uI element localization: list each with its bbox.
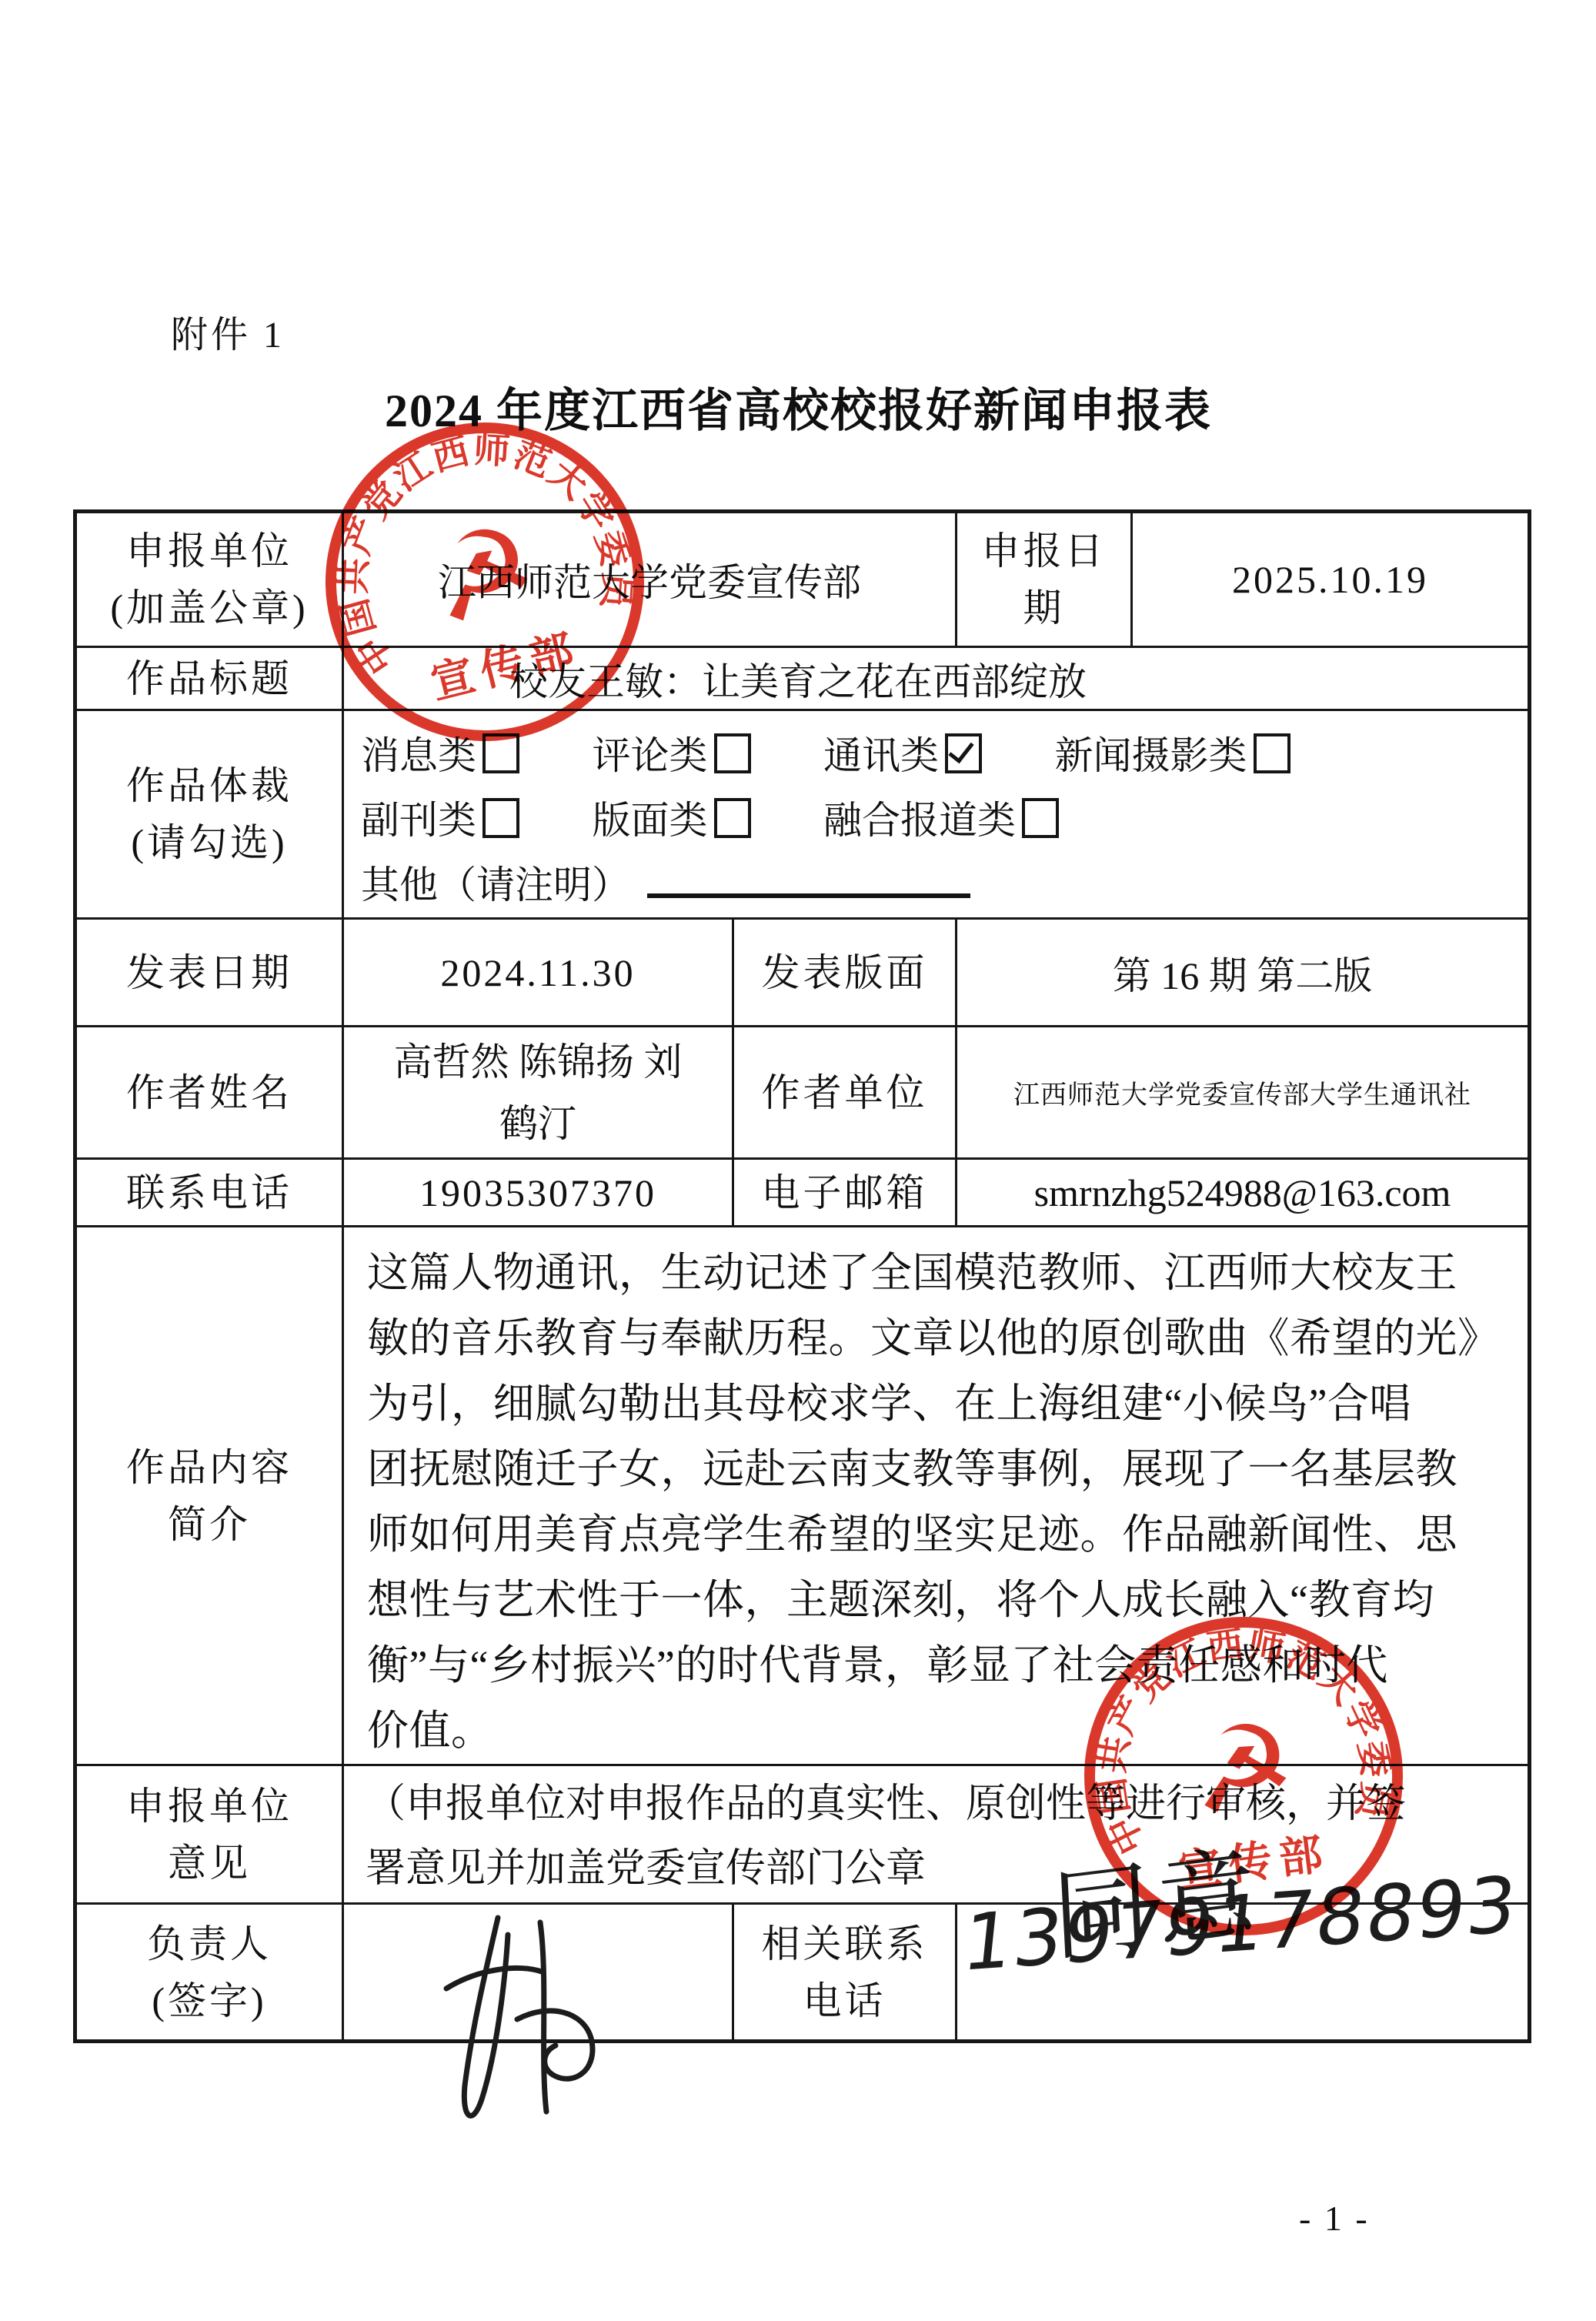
phone-label: 联系电话 <box>75 1159 343 1227</box>
author-name-value: 高哲然 陈锦扬 刘 鹤汀 <box>343 1027 733 1159</box>
genre-other-label: 其他（请注明） <box>361 863 630 907</box>
genre-options-line2: 副刊类 版面类 融合报道类 <box>361 788 1528 853</box>
checkbox-checked-icon <box>945 733 982 773</box>
genre-option: 新闻摄影类 <box>1055 734 1290 777</box>
related-phone-label: 相关联系 电话 <box>733 1904 957 2042</box>
row-publish-date: 发表日期 2024.11.30 发表版面 第 16 期 第二版 <box>75 919 1530 1027</box>
publish-page-label: 发表版面 <box>733 919 957 1027</box>
publish-page-value: 第 16 期 第二版 <box>957 919 1530 1027</box>
genre-option: 版面类 <box>593 799 751 842</box>
row-contact: 联系电话 19035307370 电子邮箱 smrnzhg524988@163.… <box>75 1159 1530 1227</box>
row-genre: 作品体裁 (请勾选) 消息类 评论类 通讯类 新闻摄影类 副刊类 版面类 融合报… <box>75 710 1530 919</box>
genre-label: 作品体裁 (请勾选) <box>75 710 343 919</box>
publish-date-value: 2024.11.30 <box>343 919 733 1027</box>
handwritten-signature <box>425 1895 656 2141</box>
row-work-title: 作品标题 校友王敏：让美育之花在西部绽放 <box>75 647 1530 710</box>
attachment-label: 附件 1 <box>171 305 285 358</box>
genre-other: 其他（请注明） <box>361 853 1528 917</box>
author-unit-label: 作者单位 <box>733 1027 957 1159</box>
checkbox-icon <box>714 733 751 773</box>
publish-date-label: 发表日期 <box>75 919 343 1027</box>
genre-option: 副刊类 <box>361 799 519 842</box>
genre-option: 通讯类 <box>823 734 982 777</box>
row-author: 作者姓名 高哲然 陈锦扬 刘 鹤汀 作者单位 江西师范大学党委宣传部大学生通讯社 <box>75 1027 1530 1159</box>
page-number: - 1 - <box>1299 2198 1370 2239</box>
official-seal-bottom: 中国共产党江西师范大学委员会 ☭ 宣传部 <box>1055 1588 1432 1965</box>
genre-other-blank-line <box>647 886 970 898</box>
email-label: 电子邮箱 <box>733 1159 957 1227</box>
hammer-sickle-icon: ☭ <box>1184 1697 1303 1842</box>
row-declare-unit: 申报单位 (加盖公章) 江西师范大学党委宣传部 申报日 期 2025.10.19 <box>75 512 1530 647</box>
email-value: smrnzhg524988@163.com <box>957 1159 1530 1227</box>
opinion-label: 申报单位 意见 <box>75 1765 343 1904</box>
genre-option: 融合报道类 <box>823 799 1059 842</box>
intro-label: 作品内容 简介 <box>75 1227 343 1765</box>
checkbox-icon <box>1254 733 1290 773</box>
scanned-application-form-page: { "page": { "attachment_label": "附件 1", … <box>0 0 1596 2321</box>
checkbox-icon <box>482 798 519 838</box>
author-unit-value: 江西师范大学党委宣传部大学生通讯社 <box>957 1027 1530 1159</box>
phone-value: 19035307370 <box>343 1159 733 1227</box>
hammer-sickle-icon: ☭ <box>417 498 550 653</box>
declare-date-label: 申报日 期 <box>957 512 1132 647</box>
author-name-label: 作者姓名 <box>75 1027 343 1159</box>
checkbox-icon <box>714 798 751 838</box>
checkbox-icon <box>1022 798 1059 838</box>
head-signature-label: 负责人 (签字) <box>75 1904 343 2042</box>
declare-date-value: 2025.10.19 <box>1132 512 1530 647</box>
genre-option: 评论类 <box>593 734 751 777</box>
work-title-label: 作品标题 <box>75 647 343 710</box>
